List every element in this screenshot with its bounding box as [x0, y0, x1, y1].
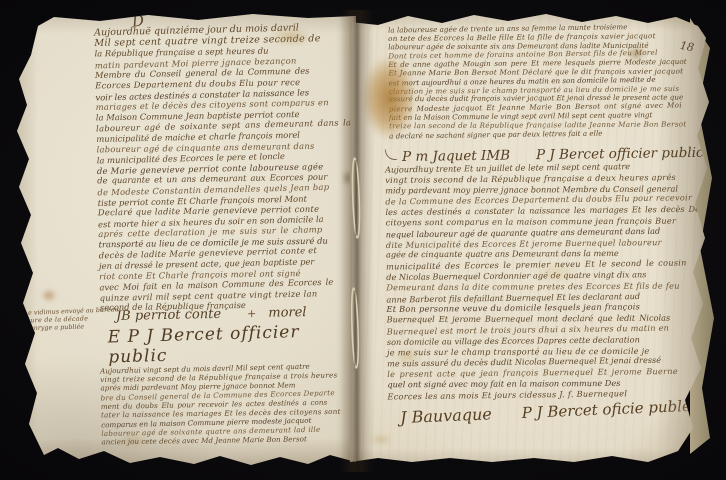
left-death-record-entry-1: Aujourdhuë quinziéme jour du mois davril… [94, 23, 358, 314]
stain [370, 434, 392, 445]
left-signature-row: JB perriot conte + morel [116, 305, 307, 324]
signature-officier-public-left: E P J Bercet officier public [107, 321, 356, 368]
signature-morel: morel [268, 305, 307, 321]
right-page: 18 la laboureuse agée de trente un ans s… [350, 10, 716, 472]
paraph-mark: + [247, 307, 256, 320]
signature-gap [492, 418, 522, 419]
stain [41, 289, 57, 302]
right-death-record-entry-2: Aujourdhuy trente Et un juillet de lete … [385, 161, 689, 402]
left-page: D Aujourdhuë quinziéme jour du mois davr… [8, 12, 356, 468]
left-death-record-entry-2: Aujourdhui vingt sept du mois davril Mil… [100, 361, 360, 447]
signature-perriot-conte: JB perriot conte [116, 307, 221, 324]
paraph-flourish [384, 147, 397, 162]
signature-officier-public-bottom: P J Bercet oficie puble [521, 397, 691, 422]
right-death-record-entry-1: la laboureuse agée de trente un ans sa f… [388, 23, 699, 141]
signature-bauvaque: J Bauvaque [400, 404, 492, 427]
scanned-manuscript: D Aujourdhuë quinziéme jour du mois davr… [0, 0, 726, 480]
